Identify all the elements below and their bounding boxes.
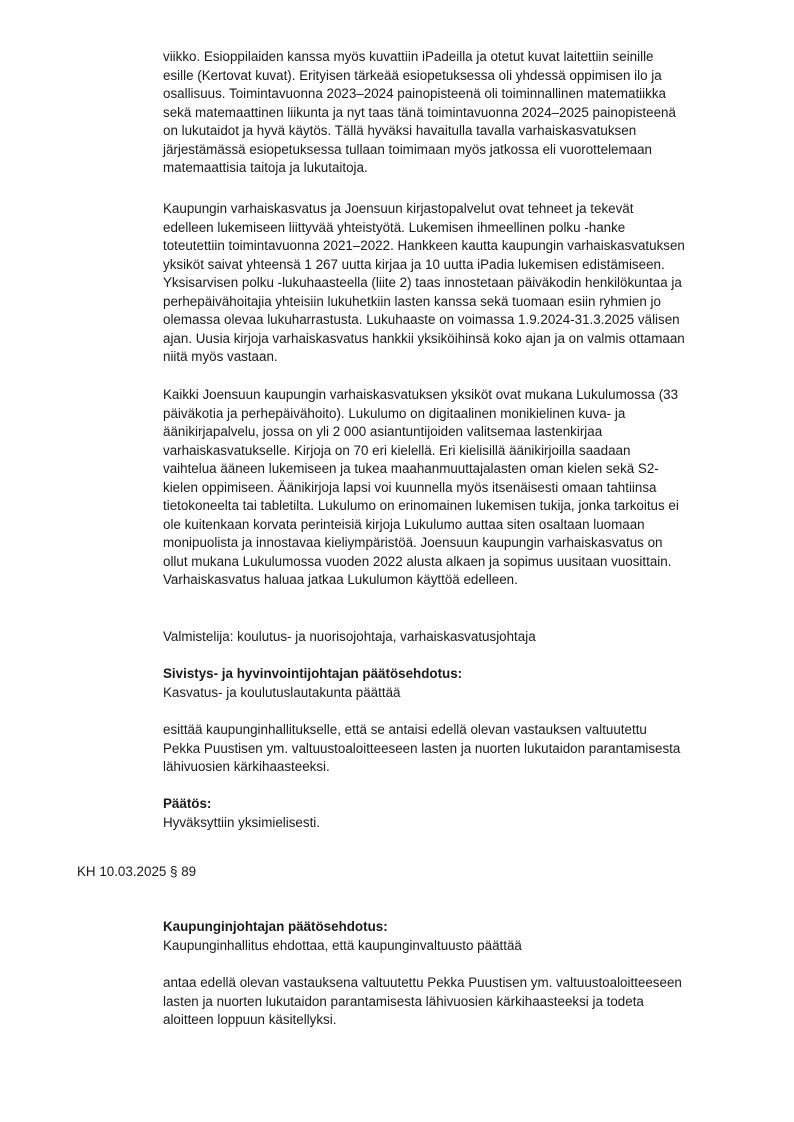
proposal-heading: Kaupunginjohtajan päätösehdotus:	[163, 918, 763, 937]
text-line: kielen oppimiseen. Äänikirjoja lapsi voi…	[163, 479, 763, 498]
proposal-sivistys-body: esittää kaupunginhallitukselle, että se …	[163, 721, 763, 777]
text-line: yksiköt saivat yhteensä 1 267 uutta kirj…	[163, 256, 763, 275]
text-line: on lukutaidot ja hyvä käytös. Tällä hyvä…	[163, 122, 763, 141]
document-page: viikko. Esioppilaiden kanssa myös kuvatt…	[0, 0, 794, 1122]
text-line: lähivuosien kärkihaasteeksi.	[163, 758, 763, 777]
section-ref-text: KH 10.03.2025 § 89	[77, 863, 677, 882]
text-line: osallisuus. Toimintavuonna 2023–2024 pai…	[163, 85, 763, 104]
text-line: niitä myös vastaan.	[163, 348, 763, 367]
text-line: esille (Kertovat kuvat). Erityisen tärke…	[163, 67, 763, 86]
proposal-kaupunginjohtaja-body: antaa edellä olevan vastauksena valtuute…	[163, 974, 763, 1030]
preparer-line: Valmistelija: koulutus- ja nuorisojohtaj…	[163, 628, 763, 647]
text-line: toteutettiin toimintavuonna 2021–2022. H…	[163, 237, 763, 256]
text-line: olemassa olevaa lukuharrastusta. Lukuhaa…	[163, 311, 763, 330]
text-line: järjestämässä esiopetuksessa tullaan toi…	[163, 141, 763, 160]
text-line: Varhaiskasvatus haluaa jatkaa Lukulumon …	[163, 571, 763, 590]
text-line: vaihtelua ääneen lukemiseen ja tukea maa…	[163, 460, 763, 479]
decision-text: Hyväksyttiin yksimielisesti.	[163, 814, 763, 833]
preparer-text: Valmistelija: koulutus- ja nuorisojohtaj…	[163, 628, 763, 647]
text-line: aloitteen loppuun käsitellyksi.	[163, 1011, 763, 1030]
proposal-intro: Kasvatus- ja koulutuslautakunta päättää	[163, 684, 763, 703]
text-line: varhaiskasvatukselle. Kirjoja on 70 eri …	[163, 442, 763, 461]
proposal-sivistys: Sivistys- ja hyvinvointijohtajan päätöse…	[163, 665, 763, 702]
paragraph-lukulumo: Kaikki Joensuun kaupungin varhaiskasvatu…	[163, 386, 763, 590]
decision: Päätös: Hyväksyttiin yksimielisesti.	[163, 795, 763, 832]
text-line: matemaattisia taitoja ja lukutaitoja.	[163, 159, 763, 178]
text-line: äänikirjapalvelu, jossa on yli 2 000 asi…	[163, 423, 763, 442]
section-reference: KH 10.03.2025 § 89	[77, 863, 677, 882]
paragraph-kirjastoyhteistyo: Kaupungin varhaiskasvatus ja Joensuun ki…	[163, 200, 763, 367]
text-line: tietokoneelta tai tabletilta. Lukulumo o…	[163, 497, 763, 516]
text-line: Pekka Puustisen ym. valtuustoaloitteesee…	[163, 740, 763, 759]
decision-heading: Päätös:	[163, 795, 763, 814]
text-line: ajan. Uusia kirjoja varhaiskasvatus hank…	[163, 330, 763, 349]
text-line: monipuolista ja innostavaa kieliympärist…	[163, 534, 763, 553]
text-line: ollut mukana Lukulumossa vuoden 2022 alu…	[163, 553, 763, 572]
proposal-heading: Sivistys- ja hyvinvointijohtajan päätöse…	[163, 665, 763, 684]
text-line: perhepäivähoitajia yhteisiin lukuhetkiin…	[163, 293, 763, 312]
text-line: antaa edellä olevan vastauksena valtuute…	[163, 974, 763, 993]
proposal-intro: Kaupunginhallitus ehdottaa, että kaupung…	[163, 937, 763, 956]
text-line: viikko. Esioppilaiden kanssa myös kuvatt…	[163, 48, 763, 67]
text-line: edelleen lukemiseen liittyvää yhteistyöt…	[163, 219, 763, 238]
text-line: päiväkotia ja perhepäivähoito). Lukulumo…	[163, 405, 763, 424]
text-line: ole kuitenkaan korvata perinteisiä kirjo…	[163, 516, 763, 535]
text-line: esittää kaupunginhallitukselle, että se …	[163, 721, 763, 740]
text-line: lasten ja nuorten lukutaidon parantamise…	[163, 993, 763, 1012]
text-line: Yksisarvisen polku -lukuhaasteella (liit…	[163, 274, 763, 293]
text-line: Kaupungin varhaiskasvatus ja Joensuun ki…	[163, 200, 763, 219]
text-line: Kaikki Joensuun kaupungin varhaiskasvatu…	[163, 386, 763, 405]
paragraph-esiopetus: viikko. Esioppilaiden kanssa myös kuvatt…	[163, 48, 763, 178]
text-line: sekä matemaattinen liikunta ja nyt taas …	[163, 104, 763, 123]
proposal-kaupunginjohtaja: Kaupunginjohtajan päätösehdotus: Kaupung…	[163, 918, 763, 955]
